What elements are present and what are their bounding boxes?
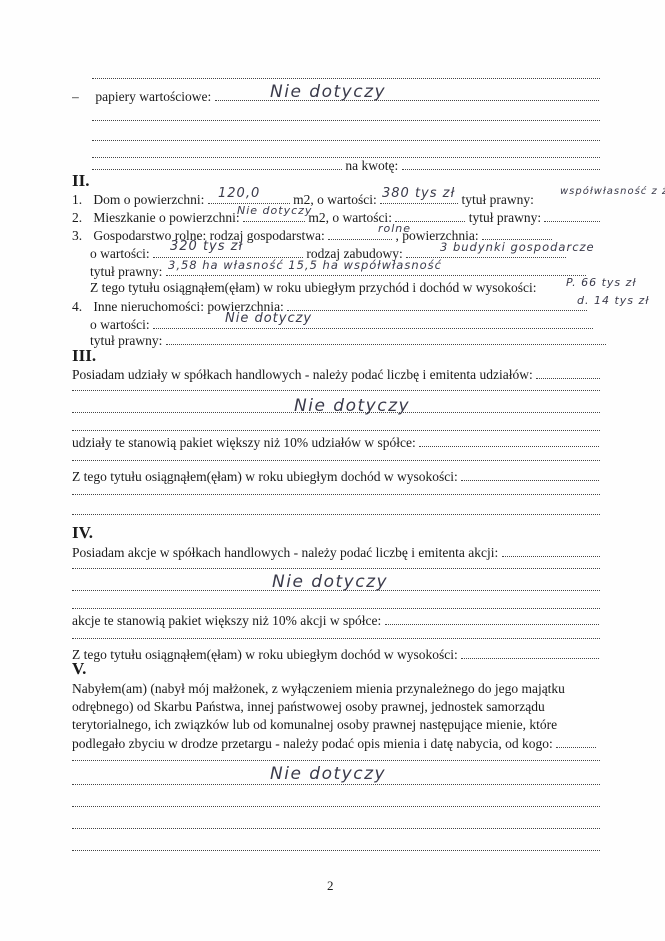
dotted-line: [72, 388, 600, 391]
section-v-heading: V.: [72, 660, 86, 678]
farm-title-label: tytuł prawny:: [90, 264, 162, 279]
other-area-fill: [287, 298, 587, 311]
other-property-row: 4. Inne nieruchomości: powierzchnia:: [72, 298, 600, 314]
shares-over10-row: udziały te stanowią pakiet większy niż 1…: [72, 434, 600, 450]
section-iv-heading: IV.: [72, 524, 93, 542]
stocks-fill: [502, 544, 600, 557]
dotted-line: [92, 118, 600, 121]
acquisition-question: podlegało zbyciu w drodze przetargu - na…: [72, 736, 553, 751]
shares-income-fill: [461, 468, 600, 481]
stocks-income-label: Z tego tytułu osiągnąłem(ęłam) w roku ub…: [72, 647, 458, 662]
dotted-line: [92, 138, 600, 141]
shares-income-row: Z tego tytułu osiągnąłem(ęłam) w roku ub…: [72, 468, 600, 484]
dotted-line: [72, 636, 600, 639]
dotted-line: [72, 606, 600, 609]
stocks-income-fill: [461, 646, 600, 659]
shares-over10-fill: [419, 434, 600, 447]
dotted-line: [72, 458, 600, 461]
other-title-fill: [166, 332, 606, 345]
shares-question-row: Posiadam udziały w spółkach handlowych -…: [72, 366, 600, 382]
other-value-row: o wartości:: [90, 316, 610, 332]
apartment-title-label: tytuł prawny:: [469, 210, 541, 225]
farm-income-row: Z tego tytułu osiągnąłem(ęłam) w roku ub…: [90, 280, 610, 296]
section-ii-heading: II.: [72, 172, 89, 190]
dotted-line: [72, 428, 600, 431]
apartment-area-label: Mieszkanie o powierzchni:: [93, 210, 239, 225]
other-value-fill: [153, 316, 593, 329]
house-area-value: 120,0: [218, 186, 260, 201]
acquisition-paragraph-line: Nabyłem(am) (nabył mój małżonek, z wyłąc…: [72, 681, 600, 697]
apartment-title-fill: [544, 209, 600, 222]
amount-label: na kwotę:: [345, 158, 398, 173]
shares-income-label: Z tego tytułu osiągnąłem(ęłam) w roku ub…: [72, 469, 458, 484]
securities-answer: Nie dotyczy: [270, 82, 386, 102]
amount-row: na kwotę:: [92, 157, 600, 173]
stocks-question: Posiadam akcje w spółkach handlowych - n…: [72, 545, 498, 560]
item-number: 4.: [72, 299, 90, 314]
shares-fill: [536, 366, 600, 379]
dotted-line: [72, 804, 600, 807]
shares-question: Posiadam udziały w spółkach handlowych -…: [72, 367, 533, 382]
stocks-income-row: Z tego tytułu osiągnąłem(ęłam) w roku ub…: [72, 646, 600, 662]
farm-type-value: rolne: [378, 222, 411, 235]
apartment-value-fill: [395, 209, 465, 222]
house-title-value: współwłasność z żoną: [560, 186, 665, 197]
apartment-area-value: Nie dotyczy: [237, 204, 312, 217]
farm-income-profit: d. 14 tys zł: [577, 294, 649, 307]
dotted-line: [72, 826, 600, 829]
dotted-line: [72, 492, 600, 495]
other-title-label: tytuł prawny:: [90, 333, 162, 348]
farm-value-value: 320 tys zł: [170, 239, 243, 254]
dotted-line: [92, 76, 600, 79]
stocks-question-row: Posiadam akcje w spółkach handlowych - n…: [72, 544, 600, 560]
apartment-row: 2. Mieszkanie o powierzchni: m2, o warto…: [72, 209, 600, 225]
house-title-label: tytuł prawny:: [461, 192, 533, 207]
item-number: 3.: [72, 228, 90, 243]
farm-buildings-value: 3 budynki gospodarcze: [440, 240, 595, 254]
farm-income-label: Z tego tytułu osiągnąłem(ęłam) w roku ub…: [90, 280, 537, 295]
house-area-label: Dom o powierzchni:: [93, 192, 204, 207]
other-value-value: Nie dotyczy: [225, 311, 312, 326]
shares-over10-label: udziały te stanowią pakiet większy niż 1…: [72, 435, 416, 450]
amount-fill-left: [92, 157, 342, 170]
other-title-row: tytuł prawny:: [90, 332, 610, 348]
dotted-line: [72, 848, 600, 851]
securities-label: papiery wartościowe:: [95, 89, 211, 104]
page-number: 2: [327, 878, 334, 894]
house-value-value: 380 tys zł: [382, 186, 455, 201]
farm-income-revenue: P. 66 tys zł: [566, 276, 637, 289]
stocks-over10-fill: [385, 612, 600, 625]
dash-bullet: –: [72, 89, 92, 104]
other-value-label: o wartości:: [90, 317, 150, 332]
stocks-over10-row: akcje te stanowią pakiet większy niż 10%…: [72, 612, 600, 628]
acquisition-paragraph-line: terytorialnego, ich związków lub od komu…: [72, 717, 600, 733]
acquisition-paragraph-line: odrębnego) od Skarbu Państwa, innej pańs…: [72, 699, 600, 715]
acquisition-answer: Nie dotyczy: [270, 764, 386, 784]
amount-fill-right: [402, 157, 600, 170]
section-iii-heading: III.: [72, 347, 96, 365]
document-page: – papiery wartościowe: Nie dotyczy na kw…: [0, 0, 665, 941]
acquisition-question-row: podlegało zbyciu w drodze przetargu - na…: [72, 735, 600, 751]
farm-area-fill: [482, 227, 552, 240]
farm-value-label: o wartości:: [90, 246, 150, 261]
stocks-over10-label: akcje te stanowią pakiet większy niż 10%…: [72, 613, 381, 628]
farm-title-value: 3,58 ha własność 15,5 ha współwłasność: [168, 258, 442, 272]
item-number: 2.: [72, 210, 90, 225]
acquisition-fill: [556, 735, 596, 748]
stocks-answer: Nie dotyczy: [272, 572, 388, 592]
dotted-line: [72, 512, 600, 515]
dotted-line: [72, 758, 600, 761]
shares-answer: Nie dotyczy: [294, 396, 410, 416]
dotted-line: [72, 566, 600, 569]
item-number: 1.: [72, 192, 90, 207]
